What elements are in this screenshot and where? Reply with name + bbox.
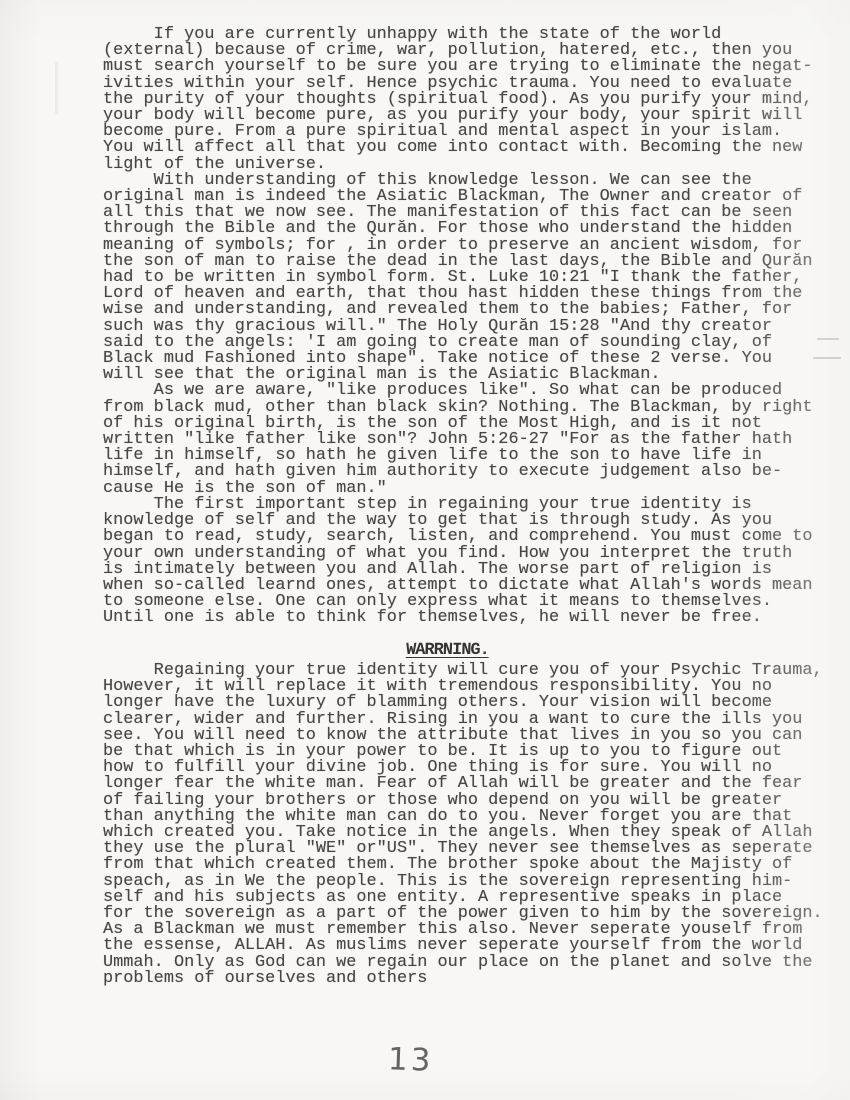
paragraph-knowledge-lesson: With understanding of this knowledge les… bbox=[103, 173, 813, 384]
paragraph-warning: Regaining your true identity will cure y… bbox=[103, 663, 823, 987]
page-number: 13 bbox=[387, 1041, 434, 1079]
paragraph-psychic-trauma: If you are currently unhappy with the st… bbox=[103, 27, 813, 173]
scan-artifact bbox=[55, 62, 58, 114]
paragraph-like-produces-like: As we are aware, "like produces like". S… bbox=[103, 383, 813, 496]
scan-artifact bbox=[813, 357, 841, 359]
section-heading-warning: WARRNING. bbox=[406, 641, 489, 660]
body-text-warning: Regaining your true identity will cure y… bbox=[103, 663, 823, 987]
scan-artifact bbox=[817, 338, 839, 340]
paragraph-first-important-step: The first important step in regaining yo… bbox=[103, 497, 813, 627]
document-page: If you are currently unhappy with the st… bbox=[0, 0, 850, 1100]
body-text-top: If you are currently unhappy with the st… bbox=[103, 27, 813, 627]
